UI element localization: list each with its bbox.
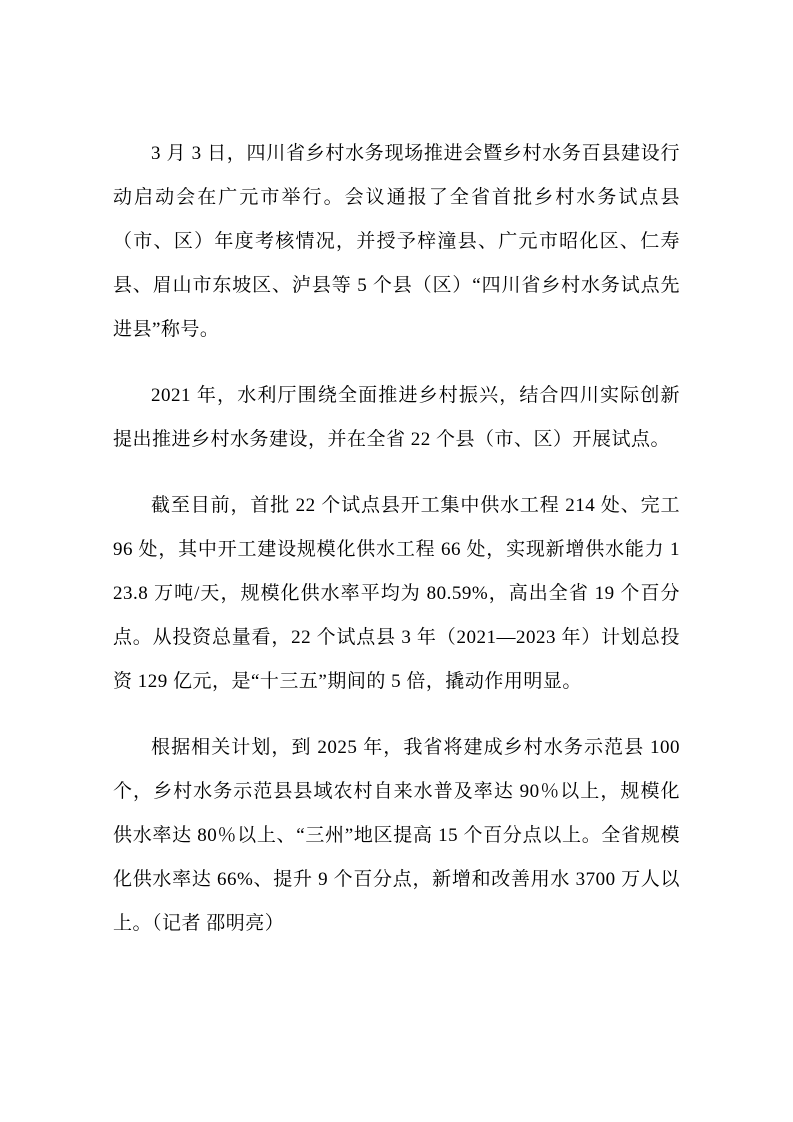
- document-body: 3 月 3 日，四川省乡村水务现场推进会暨乡村水务百县建设行动启动会在广元市举行…: [113, 132, 680, 968]
- document-page: 3 月 3 日，四川省乡村水务现场推进会暨乡村水务百县建设行动启动会在广元市举行…: [0, 0, 793, 1122]
- paragraph-1: 3 月 3 日，四川省乡村水务现场推进会暨乡村水务百县建设行动启动会在广元市举行…: [113, 132, 680, 352]
- paragraph-4: 根据相关计划，到 2025 年，我省将建成乡村水务示范县 100 个，乡村水务示…: [113, 726, 680, 946]
- paragraph-3: 截至目前，首批 22 个试点县开工集中供水工程 214 处、完工 96 处，其中…: [113, 484, 680, 704]
- paragraph-2: 2021 年，水利厅围绕全面推进乡村振兴，结合四川实际创新提出推进乡村水务建设，…: [113, 374, 680, 462]
